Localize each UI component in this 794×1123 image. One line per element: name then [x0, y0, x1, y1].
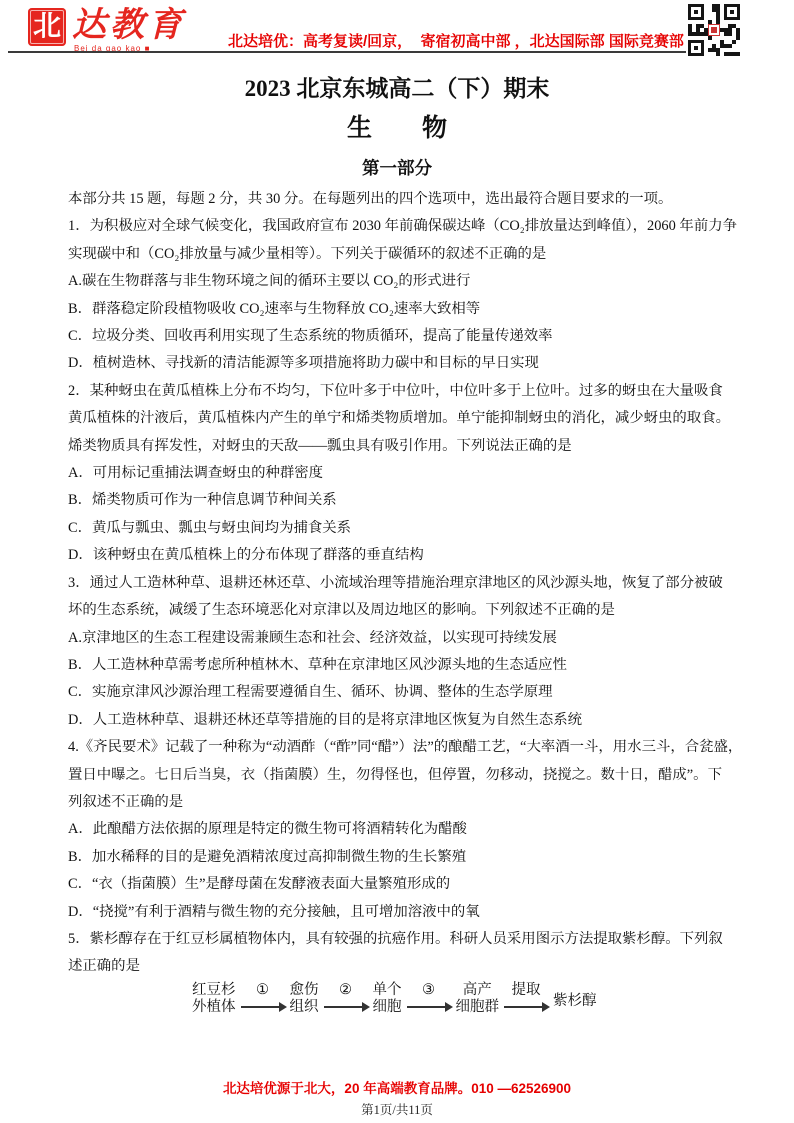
body-line: D．人工造林种草、退耕还林还草等措施的目的是将京津地区恢复为自然生态系统 [68, 707, 728, 734]
body-line: A．可用标记重捕法调查蚜虫的种群密度 [68, 460, 728, 487]
body-line: D．植树造林、寻找新的清洁能源等多项措施将助力碳中和目标的早日实现 [68, 350, 728, 377]
header-divider [8, 51, 686, 53]
body-line: A．此酿醋方法依据的原理是特定的微生物可将酒精转化为醋酸 [68, 816, 728, 843]
node-label: 组织 [290, 999, 319, 1016]
arrow-label: ② [339, 982, 352, 999]
diagram-node-callus: 愈伤 组织 [290, 982, 319, 1016]
node-label: 细胞 [373, 999, 402, 1016]
body-line: A.京津地区的生态工程建设需兼顾生态和社会、经济效益，以实现可持续发展 [68, 625, 728, 652]
right-arrow-icon [241, 1006, 285, 1008]
subject-title: 生 物 [0, 108, 794, 144]
body-line: A.碳在生物群落与非生物环境之间的循环主要以 CO₂的形式进行 [68, 268, 728, 295]
node-label: 外植体 [192, 999, 236, 1016]
diagram-arrow-extract: 提取 [502, 982, 550, 1008]
right-arrow-icon [504, 1006, 548, 1008]
body-line: 坏的生态系统，减缓了生态环境恶化对京津以及周边地区的影响。下列叙述不正确的是 [68, 597, 728, 624]
body-line: 本部分共 15 题，每题 2 分，共 30 分。在每题列出的四个选项中，选出最符… [68, 186, 728, 213]
header-tagline: 北达培优：高考复读/回京， 寄宿初高中部 ，北达国际部 国际竞赛部 [228, 30, 684, 51]
node-label: 愈伤 [290, 982, 319, 999]
arrow-label: ③ [422, 982, 435, 999]
body-line: 1．为积极应对全球气候变化，我国政府宣布 2030 年前确保碳达峰（CO₂排放量… [68, 213, 728, 240]
footer-slogan: 北达培优源于北大，20 年高端教育品牌。010 —62526900 [0, 1077, 794, 1097]
page-title: 2023 北京东城高二（下）期末 [0, 70, 794, 103]
body-line: B．烯类物质可作为一种信息调节种间关系 [68, 487, 728, 514]
diagram-node-explant: 红豆杉 外植体 [192, 982, 236, 1016]
diagram-arrow-1: ① [239, 982, 287, 1008]
qr-code [688, 4, 740, 56]
body-line: B．人工造林种草需考虑所种植林木、草种在京津地区风沙源头地的生态适应性 [68, 652, 728, 679]
body-line: 烯类物质具有挥发性，对蚜虫的天敌——瓢虫具有吸引作用。下列说法正确的是 [68, 433, 728, 460]
node-label: 单个 [373, 982, 402, 999]
body-line: 3．通过人工造林种草、退耕还林还草、小流域治理等措施治理京津地区的风沙源头地，恢… [68, 570, 728, 597]
brand-logo: 北 达教育 Bei da gao kao ■ [28, 8, 186, 46]
body-line: B．群落稳定阶段植物吸收 CO₂速率与生物释放 CO₂速率大致相等 [68, 296, 728, 323]
logo-brand-text: 达教育 [72, 8, 186, 44]
body-line: C．“衣（指菌膜）生”是酵母菌在发酵液表面大量繁殖形成的 [68, 871, 728, 898]
body-line: 列叙述不正确的是 [68, 789, 728, 816]
qr-finder-icon [688, 4, 704, 20]
diagram-node-single-cell: 单个 细胞 [373, 982, 402, 1016]
qr-center-logo-icon [708, 24, 720, 36]
document-body: 本部分共 15 题，每题 2 分，共 30 分。在每题列出的四个选项中，选出最符… [68, 186, 728, 981]
node-label: 细胞群 [456, 999, 500, 1016]
arrow-label: ① [256, 982, 269, 999]
right-arrow-icon [407, 1006, 451, 1008]
qr-finder-icon [724, 4, 740, 20]
body-line: B．加水稀释的目的是避免酒精浓度过高抑制微生物的生长繁殖 [68, 844, 728, 871]
logo-seal-icon: 北 [28, 8, 66, 46]
diagram-node-cell-group: 高产 细胞群 [456, 982, 500, 1016]
diagram-node-taxol: 紫杉醇 [553, 993, 597, 1010]
node-label: 紫杉醇 [553, 993, 597, 1010]
body-line: 实现碳中和（CO₂排放量与减少量相等）。下列关于碳循环的叙述不正确的是 [68, 241, 728, 268]
node-label: 高产 [463, 982, 492, 999]
right-arrow-icon [324, 1006, 368, 1008]
arrow-label: 提取 [512, 982, 541, 999]
diagram-arrow-3: ③ [405, 982, 453, 1008]
body-line: C．垃圾分类、回收再利用实现了生态系统的物质循环，提高了能量传递效率 [68, 323, 728, 350]
diagram-arrow-2: ② [322, 982, 370, 1008]
body-line: 5．紫杉醇存在于红豆杉属植物体内，具有较强的抗癌作用。科研人员采用图示方法提取紫… [68, 926, 728, 953]
body-line: C．黄瓜与瓢虫、瓢虫与蚜虫间均为捕食关系 [68, 515, 728, 542]
body-line: 置日中曝之。七日后当臭，衣（指菌膜）生，勿得怪也，但停置，勿移动，挠搅之。数十日… [68, 762, 728, 789]
body-line: C．实施京津风沙源治理工程需要遵循自生、循环、协调、整体的生态学原理 [68, 679, 728, 706]
body-line: 述正确的是 [68, 953, 728, 980]
body-line: 4.《齐民要术》记载了一种称为“动酒酢（“酢”同“醋”）法”的酿醋工艺，“大率酒… [68, 734, 728, 761]
body-line: D．该种蚜虫在黄瓜植株上的分布体现了群落的垂直结构 [68, 542, 728, 569]
section-heading: 第一部分 [0, 155, 794, 180]
body-line: 2．某种蚜虫在黄瓜植株上分布不均匀，下位叶多于中位叶，中位叶多于上位叶。过多的蚜… [68, 378, 728, 405]
q5-flow-diagram: 红豆杉 外植体 ① 愈伤 组织 ② 单个 细胞 ③ 高产 细胞群 提取 紫杉醇 [190, 982, 599, 1016]
page-header: 北 达教育 Bei da gao kao ■ 北达培优：高考复读/回京， 寄宿初… [0, 0, 794, 56]
footer-page-number: 第1页/共11页 [0, 1100, 794, 1118]
qr-finder-icon [688, 40, 704, 56]
node-label: 红豆杉 [192, 982, 236, 999]
body-line: 黄瓜植株的汁液后，黄瓜植株内产生的单宁和烯类物质增加。单宁能抑制蚜虫的消化，减少… [68, 405, 728, 432]
body-line: D．“挠搅”有利于酒精与微生物的充分接触，且可增加溶液中的氧 [68, 899, 728, 926]
